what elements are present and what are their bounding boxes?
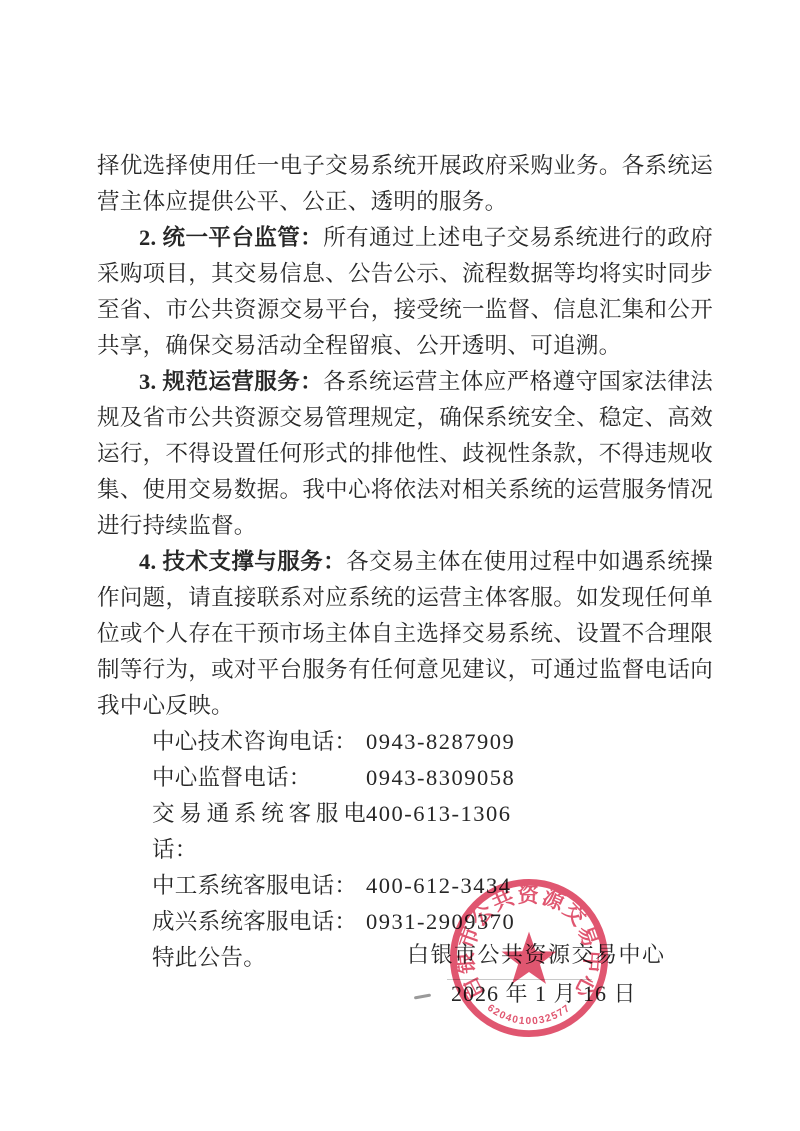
official-seal: 白银市公共资源交易中心 6204010032577	[444, 873, 614, 1043]
paragraph-lead: 2. 统一平台监管：	[139, 225, 323, 250]
contact-label: 中工系统客服电话：	[152, 868, 366, 904]
contact-label: 中心监督电话：	[152, 760, 366, 796]
paragraph: 3. 规范运营服务：各系统运营主体应严格遵守国家法律法规及省市公共资源交易管理规…	[97, 364, 713, 544]
paragraph: 择优选择使用任一电子交易系统开展政府采购业务。各系统运营主体应提供公平、公正、透…	[97, 148, 713, 220]
paragraph-lead: 4. 技术支撑与服务：	[139, 549, 346, 574]
paragraph: 4. 技术支撑与服务：各交易主体在使用过程中如遇系统操作问题，请直接联系对应系统…	[97, 544, 713, 724]
scan-artifact-dash	[414, 994, 431, 1000]
contact-number: 0943-8309058	[366, 760, 515, 796]
contact-row: 中心监督电话： 0943-8309058	[152, 760, 713, 796]
paragraph-text: 各交易主体在使用过程中如遇系统操作问题，请直接联系对应系统的运营主体客服。如发现…	[97, 549, 713, 718]
paragraph: 2. 统一平台监管：所有通过上述电子交易系统进行的政府采购项目，其交易信息、公告…	[97, 220, 713, 364]
seal-star-icon	[502, 932, 557, 984]
contact-list: 中心技术咨询电话： 0943-8287909 中心监督电话： 0943-8309…	[152, 724, 713, 940]
contact-label: 交易通系统客服电话：	[152, 796, 366, 868]
contact-label: 成兴系统客服电话：	[152, 904, 366, 940]
contact-number: 400-613-1306	[366, 796, 512, 868]
contact-row: 成兴系统客服电话： 0931-2909370	[152, 904, 713, 940]
contact-row: 中工系统客服电话： 400-612-3434	[152, 868, 713, 904]
contact-number: 0943-8287909	[366, 724, 515, 760]
paragraph-text: 择优选择使用任一电子交易系统开展政府采购业务。各系统运营主体应提供公平、公正、透…	[97, 153, 713, 214]
document-page: 择优选择使用任一电子交易系统开展政府采购业务。各系统运营主体应提供公平、公正、透…	[0, 0, 800, 1131]
paragraph-text: 各系统运营主体应严格遵守国家法律法规及省市公共资源交易管理规定，确保系统安全、稳…	[97, 369, 713, 538]
contact-row: 交易通系统客服电话： 400-613-1306	[152, 796, 713, 868]
contact-label: 中心技术咨询电话：	[152, 724, 366, 760]
paragraph-lead: 3. 规范运营服务：	[139, 369, 323, 394]
contact-row: 中心技术咨询电话： 0943-8287909	[152, 724, 713, 760]
document-body: 择优选择使用任一电子交易系统开展政府采购业务。各系统运营主体应提供公平、公正、透…	[97, 148, 713, 976]
